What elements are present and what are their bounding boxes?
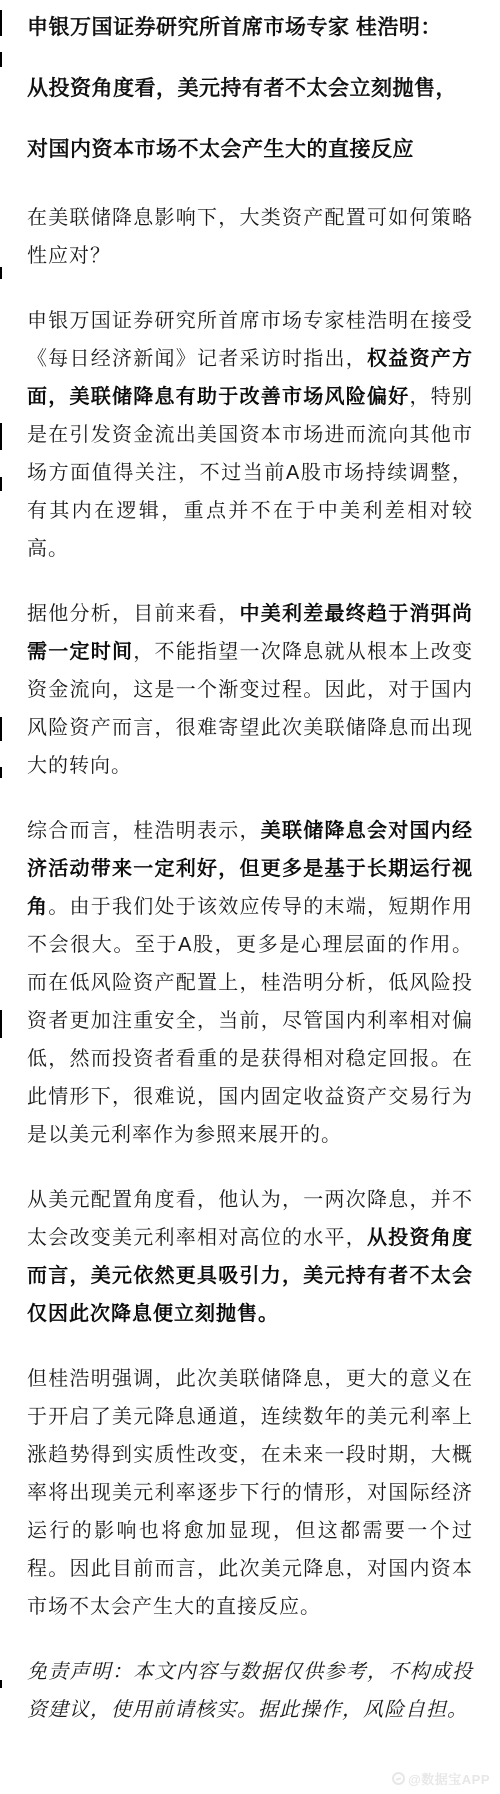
edge-artifact xyxy=(0,1010,2,1038)
edge-artifact xyxy=(0,717,2,741)
edge-artifact xyxy=(0,1680,2,1688)
article-body: 在美联储降息影响下，大类资产配置可如何策略性应对？申银万国证券研究所首席市场专家… xyxy=(27,199,473,1626)
paragraph: 在美联储降息影响下，大类资产配置可如何策略性应对？ xyxy=(27,199,473,275)
text-run: 但桂浩明强调，此次美联储降息，更大的意义在于开启了美元降息通道，连续数年的美元利… xyxy=(27,1368,473,1618)
headline: 申银万国证券研究所首席市场专家 桂浩明： 从投资角度看，美元持有者不太会立刻抛售… xyxy=(27,16,473,162)
disclaimer-text: 免责声明：本文内容与数据仅供参考，不构成投资建议，使用前请核实。据此操作，风险自… xyxy=(27,1653,473,1729)
headline-line-2: 从投资角度看，美元持有者不太会立刻抛售， xyxy=(27,77,473,101)
headline-line-1: 申银万国证券研究所首席市场专家 桂浩明： xyxy=(27,16,473,40)
text-run: 据他分析，目前来看， xyxy=(27,603,240,625)
paragraph: 综合而言，桂浩明表示，美联储降息会对国内经济活动带来一定利好，但更多是基于长期运… xyxy=(27,812,473,1154)
text-run: ，特别是在引发资金流出美国资本市场进而流向其他市场方面值得关注，不过当前A股市场… xyxy=(27,386,473,560)
watermark: @数据宝APP xyxy=(392,1769,490,1788)
paragraph: 申银万国证券研究所首席市场专家桂浩明在接受《每日经济新闻》记者采访时指出，权益资… xyxy=(27,302,473,568)
edge-artifact xyxy=(0,423,2,450)
text-run: 。由于我们处于该效应传导的末端，短期作用不会很大。至于A股，更多是心理层面的作用… xyxy=(27,896,473,1146)
text-run: 综合而言，桂浩明表示， xyxy=(27,820,261,842)
edge-artifact xyxy=(0,267,2,279)
paragraph: 但桂浩明强调，此次美联储降息，更大的意义在于开启了美元降息通道，连续数年的美元利… xyxy=(27,1360,473,1626)
edge-artifact xyxy=(0,477,2,491)
edge-artifact xyxy=(0,52,2,67)
edge-artifact xyxy=(0,10,2,36)
watermark-logo-icon xyxy=(392,1772,405,1785)
watermark-text: @数据宝APP xyxy=(408,1769,490,1788)
text-run: 在美联储降息影响下，大类资产配置可如何策略性应对？ xyxy=(27,207,473,267)
paragraph: 从美元配置角度看，他认为，一两次降息，并不太会改变美元利率相对高位的水平，从投资… xyxy=(27,1181,473,1333)
edge-artifact xyxy=(0,767,2,778)
article-card: 申银万国证券研究所首席市场专家 桂浩明： 从投资角度看，美元持有者不太会立刻抛售… xyxy=(0,0,500,1794)
headline-line-3: 对国内资本市场不太会产生大的直接反应 xyxy=(27,138,473,162)
paragraph: 据他分析，目前来看，中美利差最终趋于消弭尚需一定时间，不能指望一次降息就从根本上… xyxy=(27,595,473,785)
